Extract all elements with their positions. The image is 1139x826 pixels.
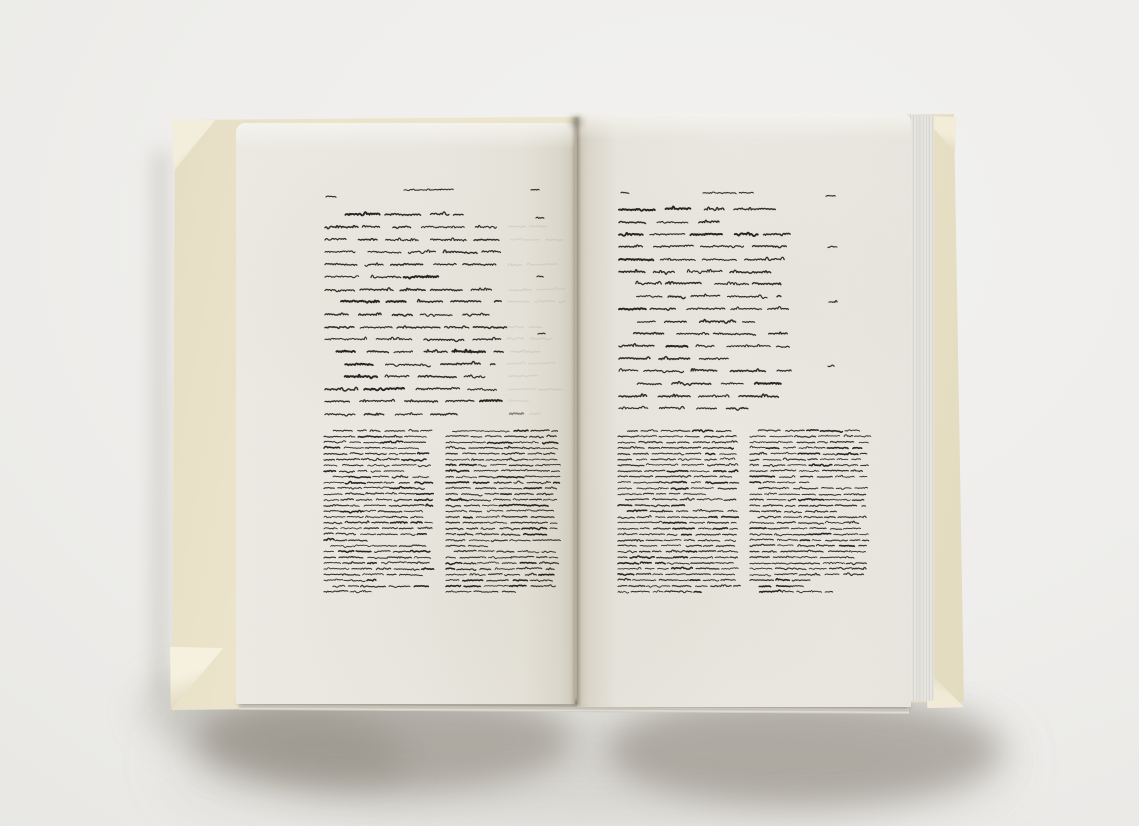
- gutter-seam: [571, 117, 581, 705]
- book-cover: [166, 110, 966, 714]
- photo-stage: [0, 0, 1139, 826]
- gutter-top-shadow: [566, 113, 586, 131]
- shadow-ambient: [175, 698, 1005, 826]
- shadow-right-page-lobe: [606, 694, 1002, 806]
- shadow-cover-left-edge: [154, 150, 167, 698]
